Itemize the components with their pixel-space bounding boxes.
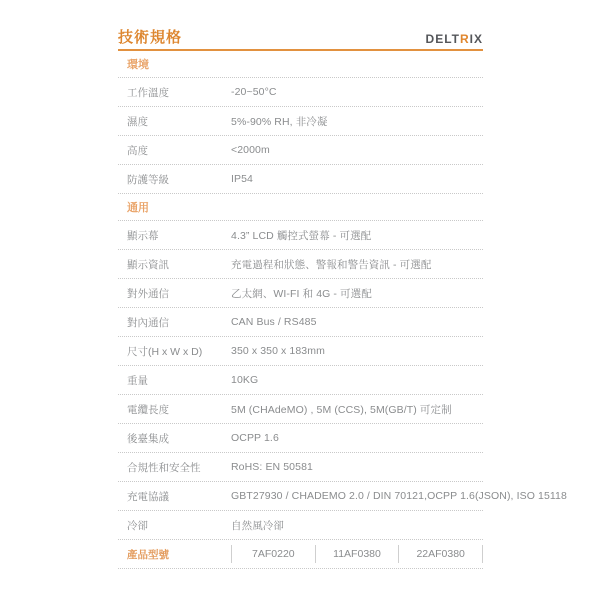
page-header: 技術規格 DELTRIX xyxy=(118,24,483,45)
spec-value: 充電過程和狀態、警報和警告資訊 - 可選配 xyxy=(231,257,483,272)
spec-section: 通用顯示幕4.3” LCD 觸控式螢幕 - 可選配顯示資訊充電過程和狀態、警報和… xyxy=(118,194,483,540)
spec-row: 尺寸(H x W x D)350 x 350 x 183mm xyxy=(118,337,483,366)
spec-row: 顯示幕4.3” LCD 觸控式螢幕 - 可選配 xyxy=(118,221,483,250)
spec-label: 合規性和安全性 xyxy=(118,460,231,475)
logo-accent-letter: R xyxy=(460,32,470,46)
deltrix-logo: DELTRIX xyxy=(426,33,483,45)
spec-label: 後臺集成 xyxy=(118,431,231,446)
spec-row: 後臺集成OCPP 1.6 xyxy=(118,424,483,453)
spec-label: 重量 xyxy=(118,373,231,388)
spec-label: 對內通信 xyxy=(118,315,231,330)
spec-row: 顯示資訊充電過程和狀態、警報和警告資訊 - 可選配 xyxy=(118,250,483,279)
spec-row: 重量10KG xyxy=(118,366,483,395)
spec-value: GBT27930 / CHADEMO 2.0 / DIN 70121,OCPP … xyxy=(231,490,567,502)
spec-sheet-page: 技術規格 DELTRIX 環境工作溫度-20~50°C濕度5%-90% RH, … xyxy=(118,0,483,569)
section-heading: 通用 xyxy=(118,194,483,221)
spec-label: 冷卻 xyxy=(118,518,231,533)
spec-value: <2000m xyxy=(231,144,483,156)
product-model-number: 11AF0380 xyxy=(315,545,399,563)
model-cells-right-border xyxy=(482,545,483,563)
spec-row: 冷卻自然風冷卻 xyxy=(118,511,483,540)
page-title: 技術規格 xyxy=(118,30,182,45)
product-model-label: 產品型號 xyxy=(118,547,231,562)
spec-value: 乙太網、WI-FI 和 4G - 可選配 xyxy=(231,286,483,301)
spec-row: 防護等級IP54 xyxy=(118,165,483,194)
spec-label: 防護等級 xyxy=(118,172,231,187)
spec-value: 350 x 350 x 183mm xyxy=(231,345,483,357)
logo-text-right: IX xyxy=(470,32,483,46)
spec-label: 顯示幕 xyxy=(118,228,231,243)
spec-value: -20~50°C xyxy=(231,86,483,98)
spec-value: 5%-90% RH, 非冷凝 xyxy=(231,114,483,129)
spec-label: 對外通信 xyxy=(118,286,231,301)
spec-row: 濕度5%-90% RH, 非冷凝 xyxy=(118,107,483,136)
spec-value: IP54 xyxy=(231,173,483,185)
spec-label: 電纜長度 xyxy=(118,402,231,417)
spec-label: 高度 xyxy=(118,143,231,158)
spec-row: 對外通信乙太網、WI-FI 和 4G - 可選配 xyxy=(118,279,483,308)
section-heading: 環境 xyxy=(118,51,483,78)
spec-section: 環境工作溫度-20~50°C濕度5%-90% RH, 非冷凝高度<2000m防護… xyxy=(118,51,483,194)
product-model-number: 7AF0220 xyxy=(231,545,315,563)
spec-row: 合規性和安全性RoHS: EN 50581 xyxy=(118,453,483,482)
spec-row: 工作溫度-20~50°C xyxy=(118,78,483,107)
logo-text-left: DELT xyxy=(426,32,460,46)
spec-row: 對內通信CAN Bus / RS485 xyxy=(118,308,483,337)
spec-label: 工作溫度 xyxy=(118,85,231,100)
spec-value: OCPP 1.6 xyxy=(231,432,483,444)
spec-value: CAN Bus / RS485 xyxy=(231,316,483,328)
spec-value: 4.3” LCD 觸控式螢幕 - 可選配 xyxy=(231,228,483,243)
spec-value: RoHS: EN 50581 xyxy=(231,461,483,473)
spec-label: 濕度 xyxy=(118,114,231,129)
spec-value: 自然風冷卻 xyxy=(231,518,483,533)
spec-value: 10KG xyxy=(231,374,483,386)
spec-sections: 環境工作溫度-20~50°C濕度5%-90% RH, 非冷凝高度<2000m防護… xyxy=(118,51,483,540)
spec-label: 充電協議 xyxy=(118,489,231,504)
product-model-row: 產品型號 7AF022011AF038022AF0380 xyxy=(118,540,483,569)
product-model-number: 22AF0380 xyxy=(398,545,482,563)
product-model-cells: 7AF022011AF038022AF0380 xyxy=(231,545,483,563)
spec-row: 高度<2000m xyxy=(118,136,483,165)
spec-row: 電纜長度5M (CHAdeMO) , 5M (CCS), 5M(GB/T) 可定… xyxy=(118,395,483,424)
spec-value: 5M (CHAdeMO) , 5M (CCS), 5M(GB/T) 可定制 xyxy=(231,402,483,417)
spec-row: 充電協議GBT27930 / CHADEMO 2.0 / DIN 70121,O… xyxy=(118,482,483,511)
spec-label: 顯示資訊 xyxy=(118,257,231,272)
spec-label: 尺寸(H x W x D) xyxy=(118,344,231,359)
